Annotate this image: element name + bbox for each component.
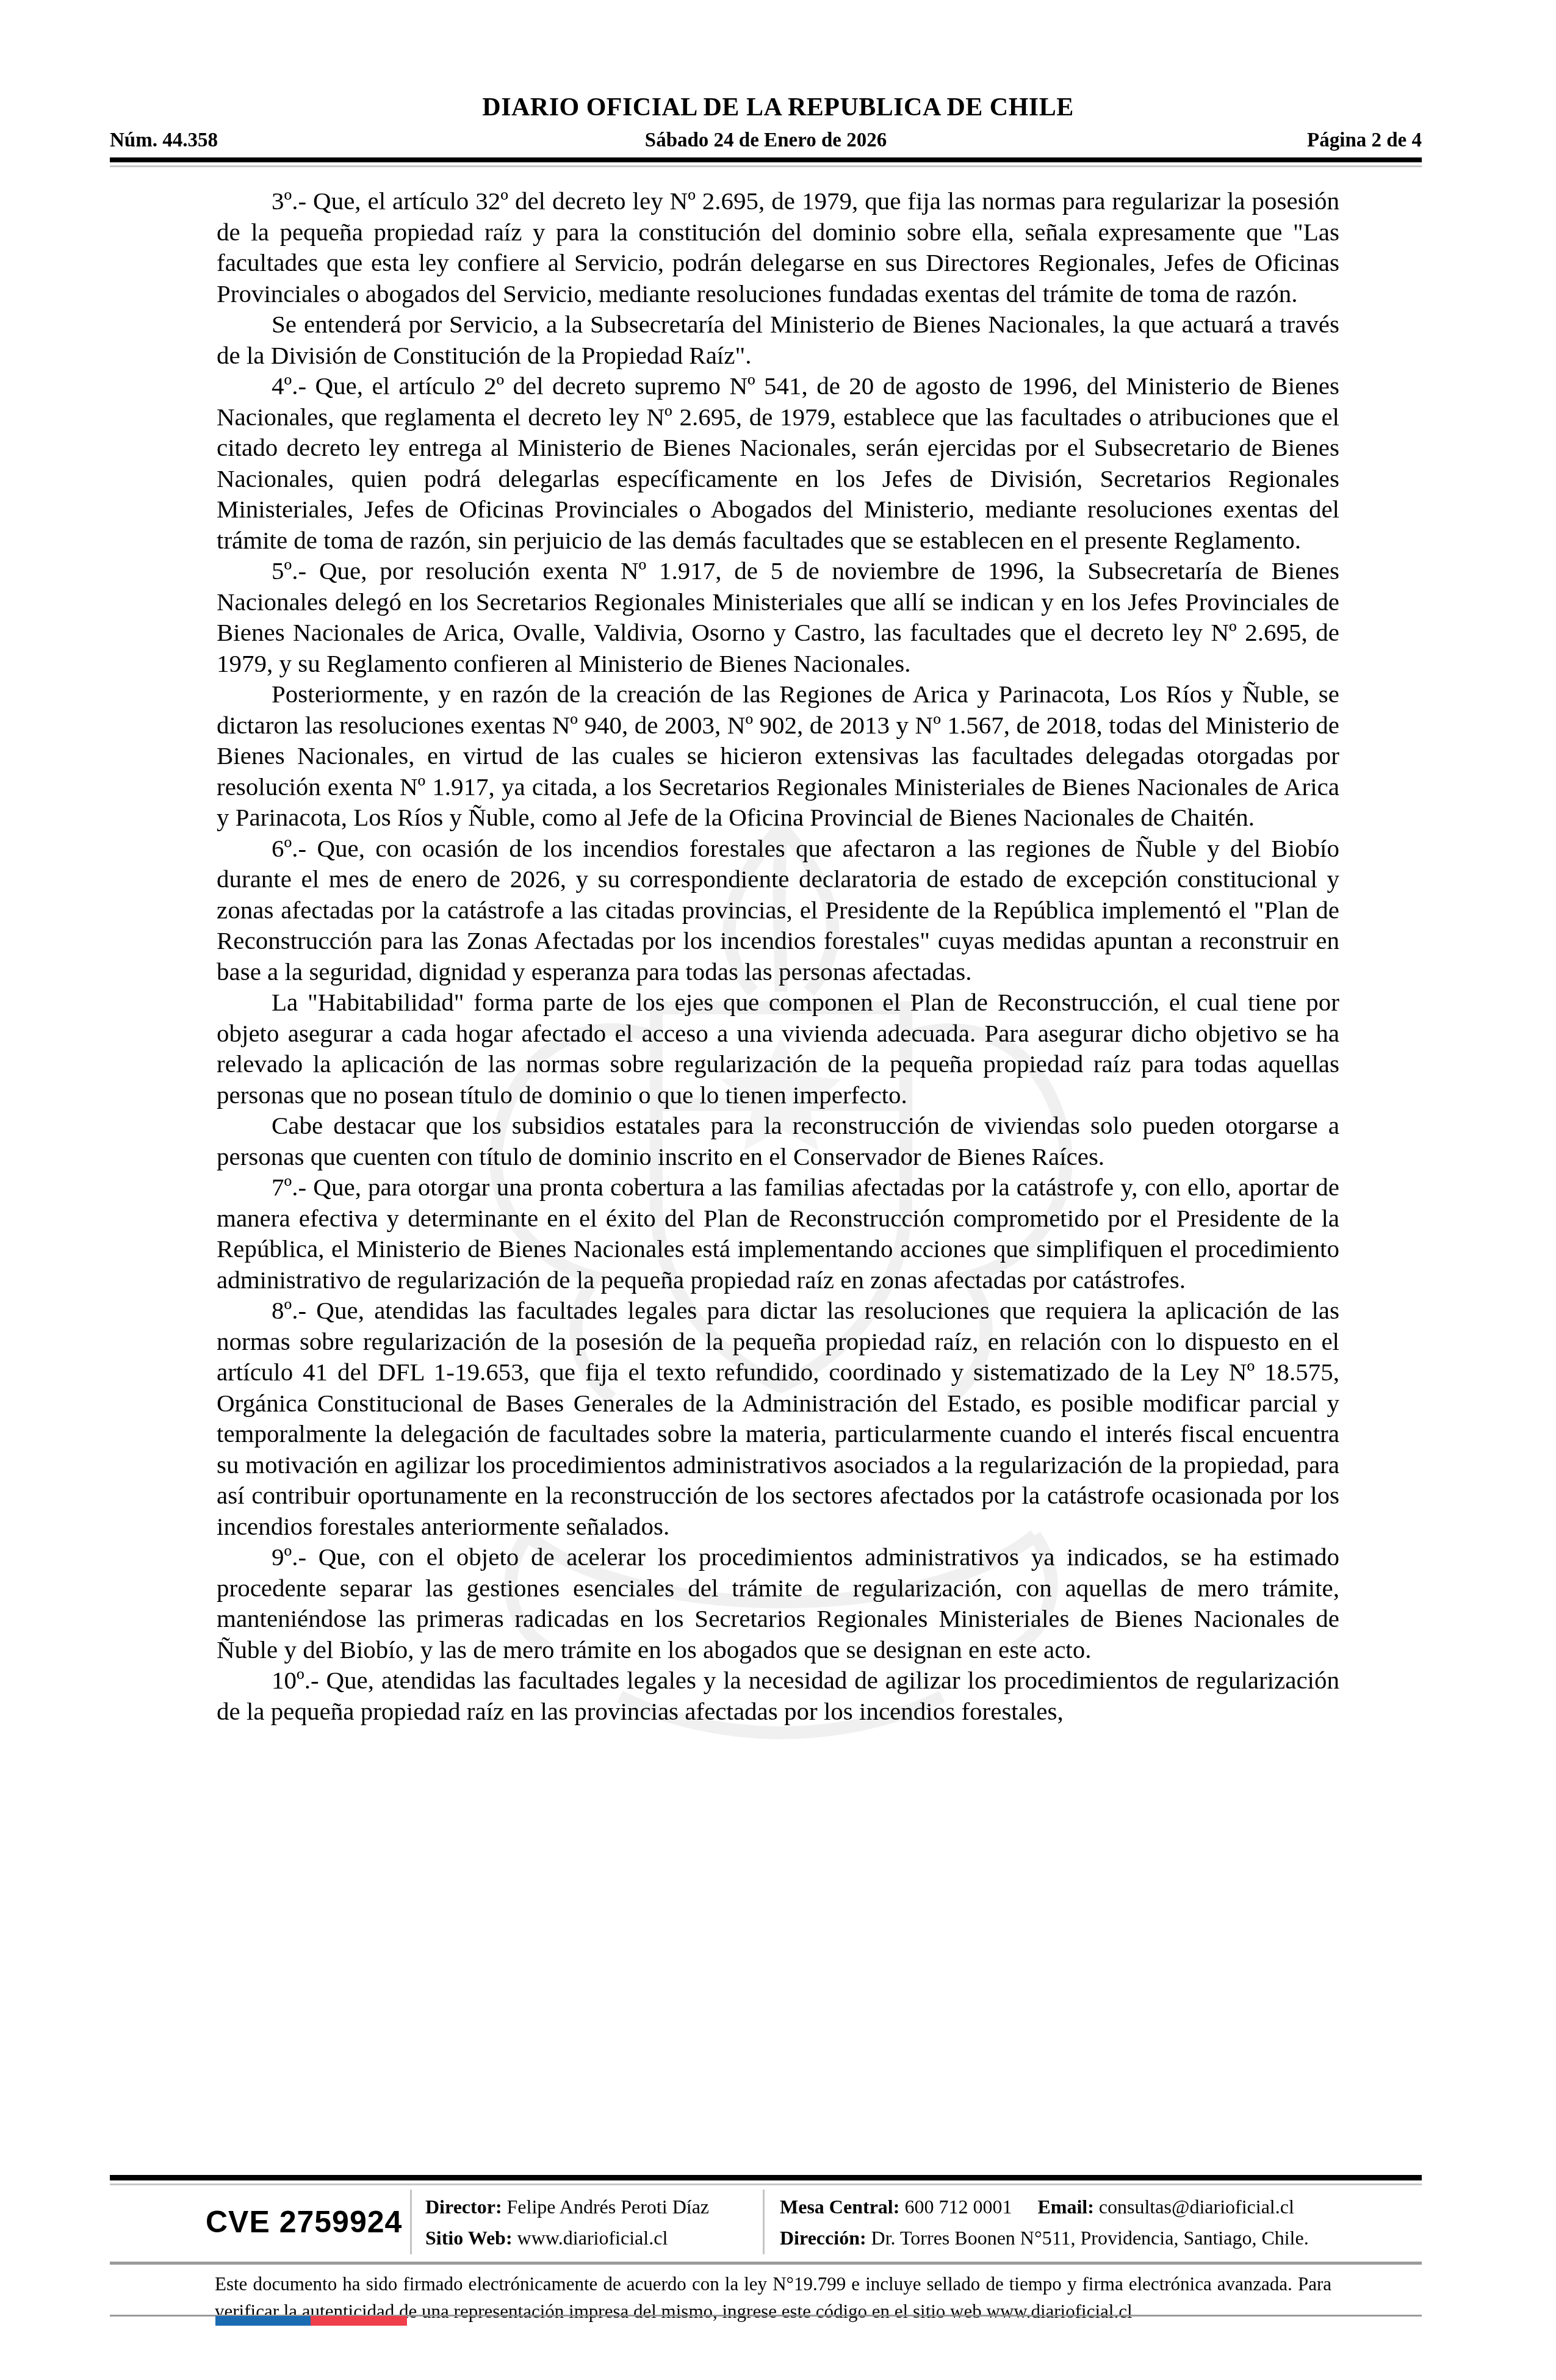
cve-code: CVE 2759924 [206,2204,402,2240]
body-paragraph: 3º.- Que, el artículo 32º del decreto le… [217,186,1339,309]
email-label: Email: [1037,2196,1093,2218]
body-paragraph: Posteriormente, y en razón de la creació… [217,679,1339,833]
diario-oficial-page: DIARIO OFICIAL DE LA REPUBLICA DE CHILE … [0,0,1556,2380]
body-paragraph: 8º.- Que, atendidas las facultades legal… [217,1295,1339,1542]
body-paragraph: 9º.- Que, con el objeto de acelerar los … [217,1542,1339,1665]
mesa-central-value: 600 712 0001 [904,2196,1012,2218]
address-line: Dirección: Dr. Torres Boonen N°511, Prov… [780,2223,1309,2254]
issue-number: Núm. 44.358 [110,129,218,152]
footer-divider [763,2190,765,2254]
body-paragraph: Se entenderá por Servicio, a la Subsecre… [217,309,1339,370]
direccion-value: Dr. Torres Boonen N°511, Providencia, Sa… [871,2227,1309,2249]
body-paragraph: 10º.- Que, atendidas las facultades lega… [217,1665,1339,1726]
page-indicator: Página 2 de 4 [1307,129,1422,152]
sitio-web-line: Sitio Web: www.diarioficial.cl [425,2223,709,2254]
flag-red-segment [311,2316,407,2326]
footer-contact-column: Mesa Central: 600 712 0001Email: consult… [780,2191,1309,2254]
body-paragraph: 5º.- Que, por resolución exenta Nº 1.917… [217,555,1339,679]
sitio-web-value: www.diarioficial.cl [517,2227,668,2249]
flag-blue-segment [215,2316,311,2326]
mesa-central-label: Mesa Central: [780,2196,899,2218]
email-value: consultas@diarioficial.cl [1099,2196,1294,2218]
legal-separator-rule [110,2262,1422,2265]
director-value: Felipe Andrés Peroti Díaz [507,2196,709,2218]
sitio-web-label: Sitio Web: [425,2227,513,2249]
direccion-label: Dirección: [780,2227,866,2249]
document-body: 3º.- Que, el artículo 32º del decreto le… [217,186,1339,1726]
body-paragraph: 7º.- Que, para otorgar una pronta cobert… [217,1172,1339,1295]
body-paragraph: La "Habitabilidad" forma parte de los ej… [217,987,1339,1110]
body-paragraph: 4º.- Que, el artículo 2º del decreto sup… [217,370,1339,555]
header-meta-row: Núm. 44.358 Sábado 24 de Enero de 2026 P… [110,129,1422,155]
contact-line: Mesa Central: 600 712 0001Email: consult… [780,2191,1309,2223]
footer-director-column: Director: Felipe Andrés Peroti Díaz Siti… [425,2191,709,2254]
director-line: Director: Felipe Andrés Peroti Díaz [425,2191,709,2223]
director-label: Director: [425,2196,502,2218]
body-paragraph: 6º.- Que, con ocasión de los incendios f… [217,833,1339,987]
body-paragraph: Cabe destacar que los subsidios estatale… [217,1110,1339,1172]
header-rule [110,157,1422,162]
header-rule-shadow [110,165,1422,167]
page-title: DIARIO OFICIAL DE LA REPUBLICA DE CHILE [0,93,1556,122]
footer-rule [110,2175,1422,2180]
chile-flag-bar [215,2316,407,2326]
footer-divider [410,2190,412,2254]
edition-date: Sábado 24 de Enero de 2026 [645,129,887,152]
footer-rule-shadow [110,2183,1422,2185]
